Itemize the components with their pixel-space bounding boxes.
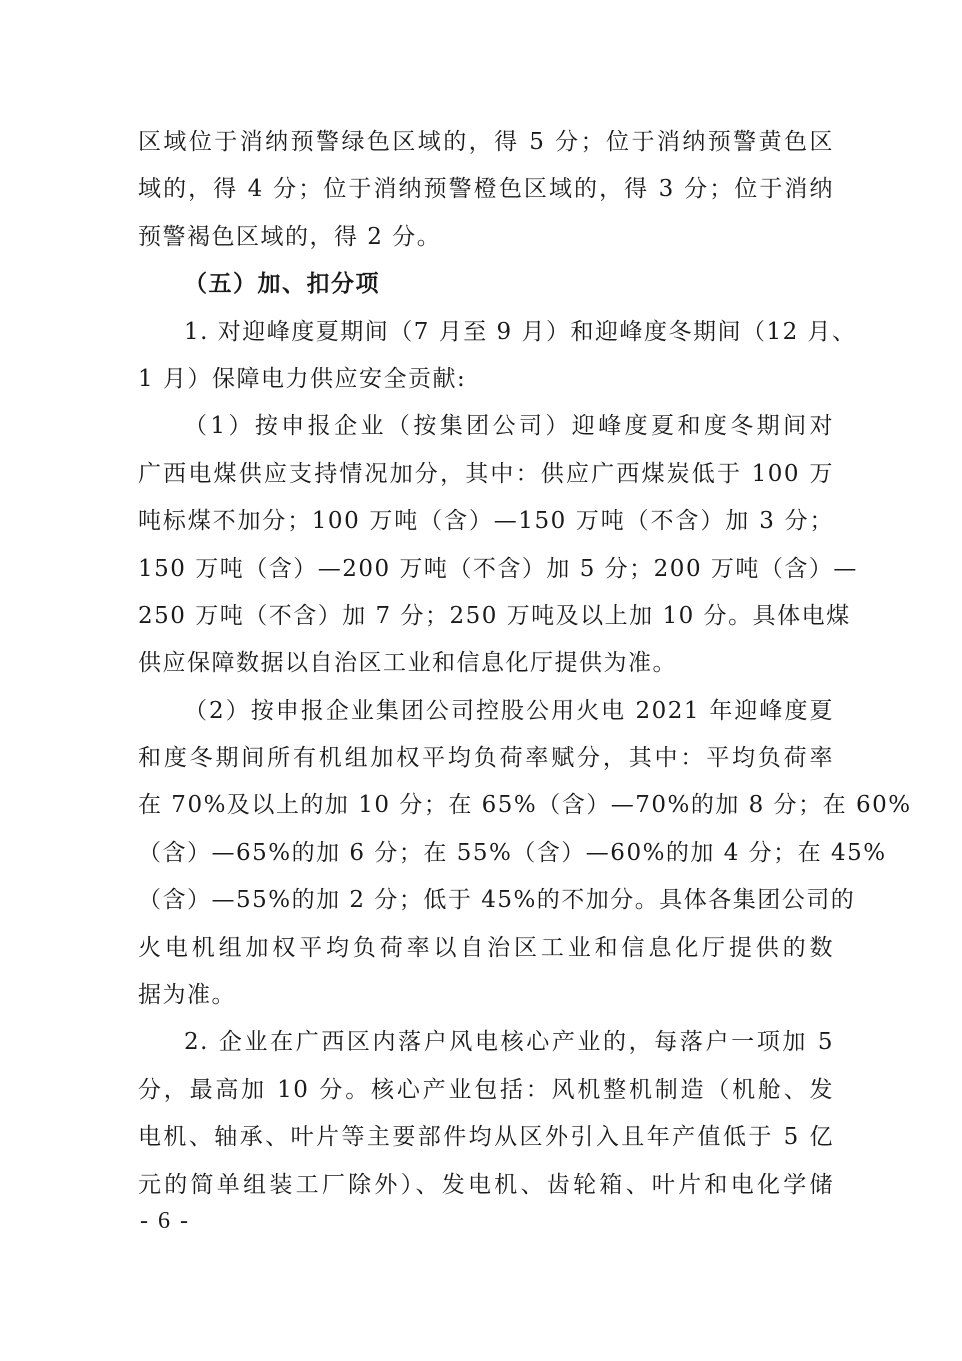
item1-line: 1. 对迎峰度夏期间（7 月至 9 月）和迎峰度冬期间（12 月、 bbox=[138, 309, 834, 356]
item1-1-line: 150 万吨（含）—200 万吨（不含）加 5 分；200 万吨（含）— bbox=[138, 546, 834, 593]
paragraph-line: 域的，得 4 分；位于消纳预警橙色区域的，得 3 分；位于消纳 bbox=[138, 166, 834, 213]
item1-2-line: 火电机组加权平均负荷率以自治区工业和信息化厅提供的数 bbox=[138, 925, 834, 972]
item1-line: 1 月）保障电力供应安全贡献: bbox=[138, 356, 834, 403]
item2-line: 电机、轴承、叶片等主要部件均从区外引入且年产值低于 5 亿 bbox=[138, 1114, 834, 1161]
paragraph-line: 预警褐色区域的，得 2 分。 bbox=[138, 214, 834, 261]
item1-1-line: （1）按申报企业（按集团公司）迎峰度夏和度冬期间对 bbox=[138, 403, 834, 450]
item1-2-line: （2）按申报企业集团公司控股公用火电 2021 年迎峰度夏 bbox=[138, 688, 834, 735]
item2-line: 分，最高加 10 分。核心产业包括：风机整机制造（机舱、发 bbox=[138, 1067, 834, 1114]
item1-2-line: 在 70%及以上的加 10 分；在 65%（含）—70%的加 8 分；在 60% bbox=[138, 782, 834, 829]
item2-line: 2. 企业在广西区内落户风电核心产业的，每落户一项加 5 bbox=[138, 1019, 834, 1066]
paragraph-line: 区域位于消纳预警绿色区域的，得 5 分；位于消纳预警黄色区 bbox=[138, 119, 834, 166]
item1-2-line: （含）—55%的加 2 分；低于 45%的不加分。具体各集团公司的 bbox=[138, 877, 834, 924]
item1-1-line: 250 万吨（不含）加 7 分；250 万吨及以上加 10 分。具体电煤 bbox=[138, 593, 834, 640]
section-heading: （五）加、扣分项 bbox=[138, 261, 834, 308]
item1-2-line: （含）—65%的加 6 分；在 55%（含）—60%的加 4 分；在 45% bbox=[138, 830, 834, 877]
item1-1-line: 吨标煤不加分；100 万吨（含）—150 万吨（不含）加 3 分； bbox=[138, 498, 834, 545]
item1-1-line: 广西电煤供应支持情况加分，其中：供应广西煤炭低于 100 万 bbox=[138, 451, 834, 498]
page-number: - 6 - bbox=[140, 1208, 190, 1235]
item1-2-line: 和度冬期间所有机组加权平均负荷率赋分，其中：平均负荷率 bbox=[138, 735, 834, 782]
item1-2-line: 据为准。 bbox=[138, 972, 834, 1019]
item2-line: 元的简单组装工厂除外）、发电机、齿轮箱、叶片和电化学储 bbox=[138, 1162, 834, 1209]
document-body: 区域位于消纳预警绿色区域的，得 5 分；位于消纳预警黄色区 域的，得 4 分；位… bbox=[138, 119, 834, 1209]
item1-1-line: 供应保障数据以自治区工业和信息化厅提供为准。 bbox=[138, 640, 834, 687]
